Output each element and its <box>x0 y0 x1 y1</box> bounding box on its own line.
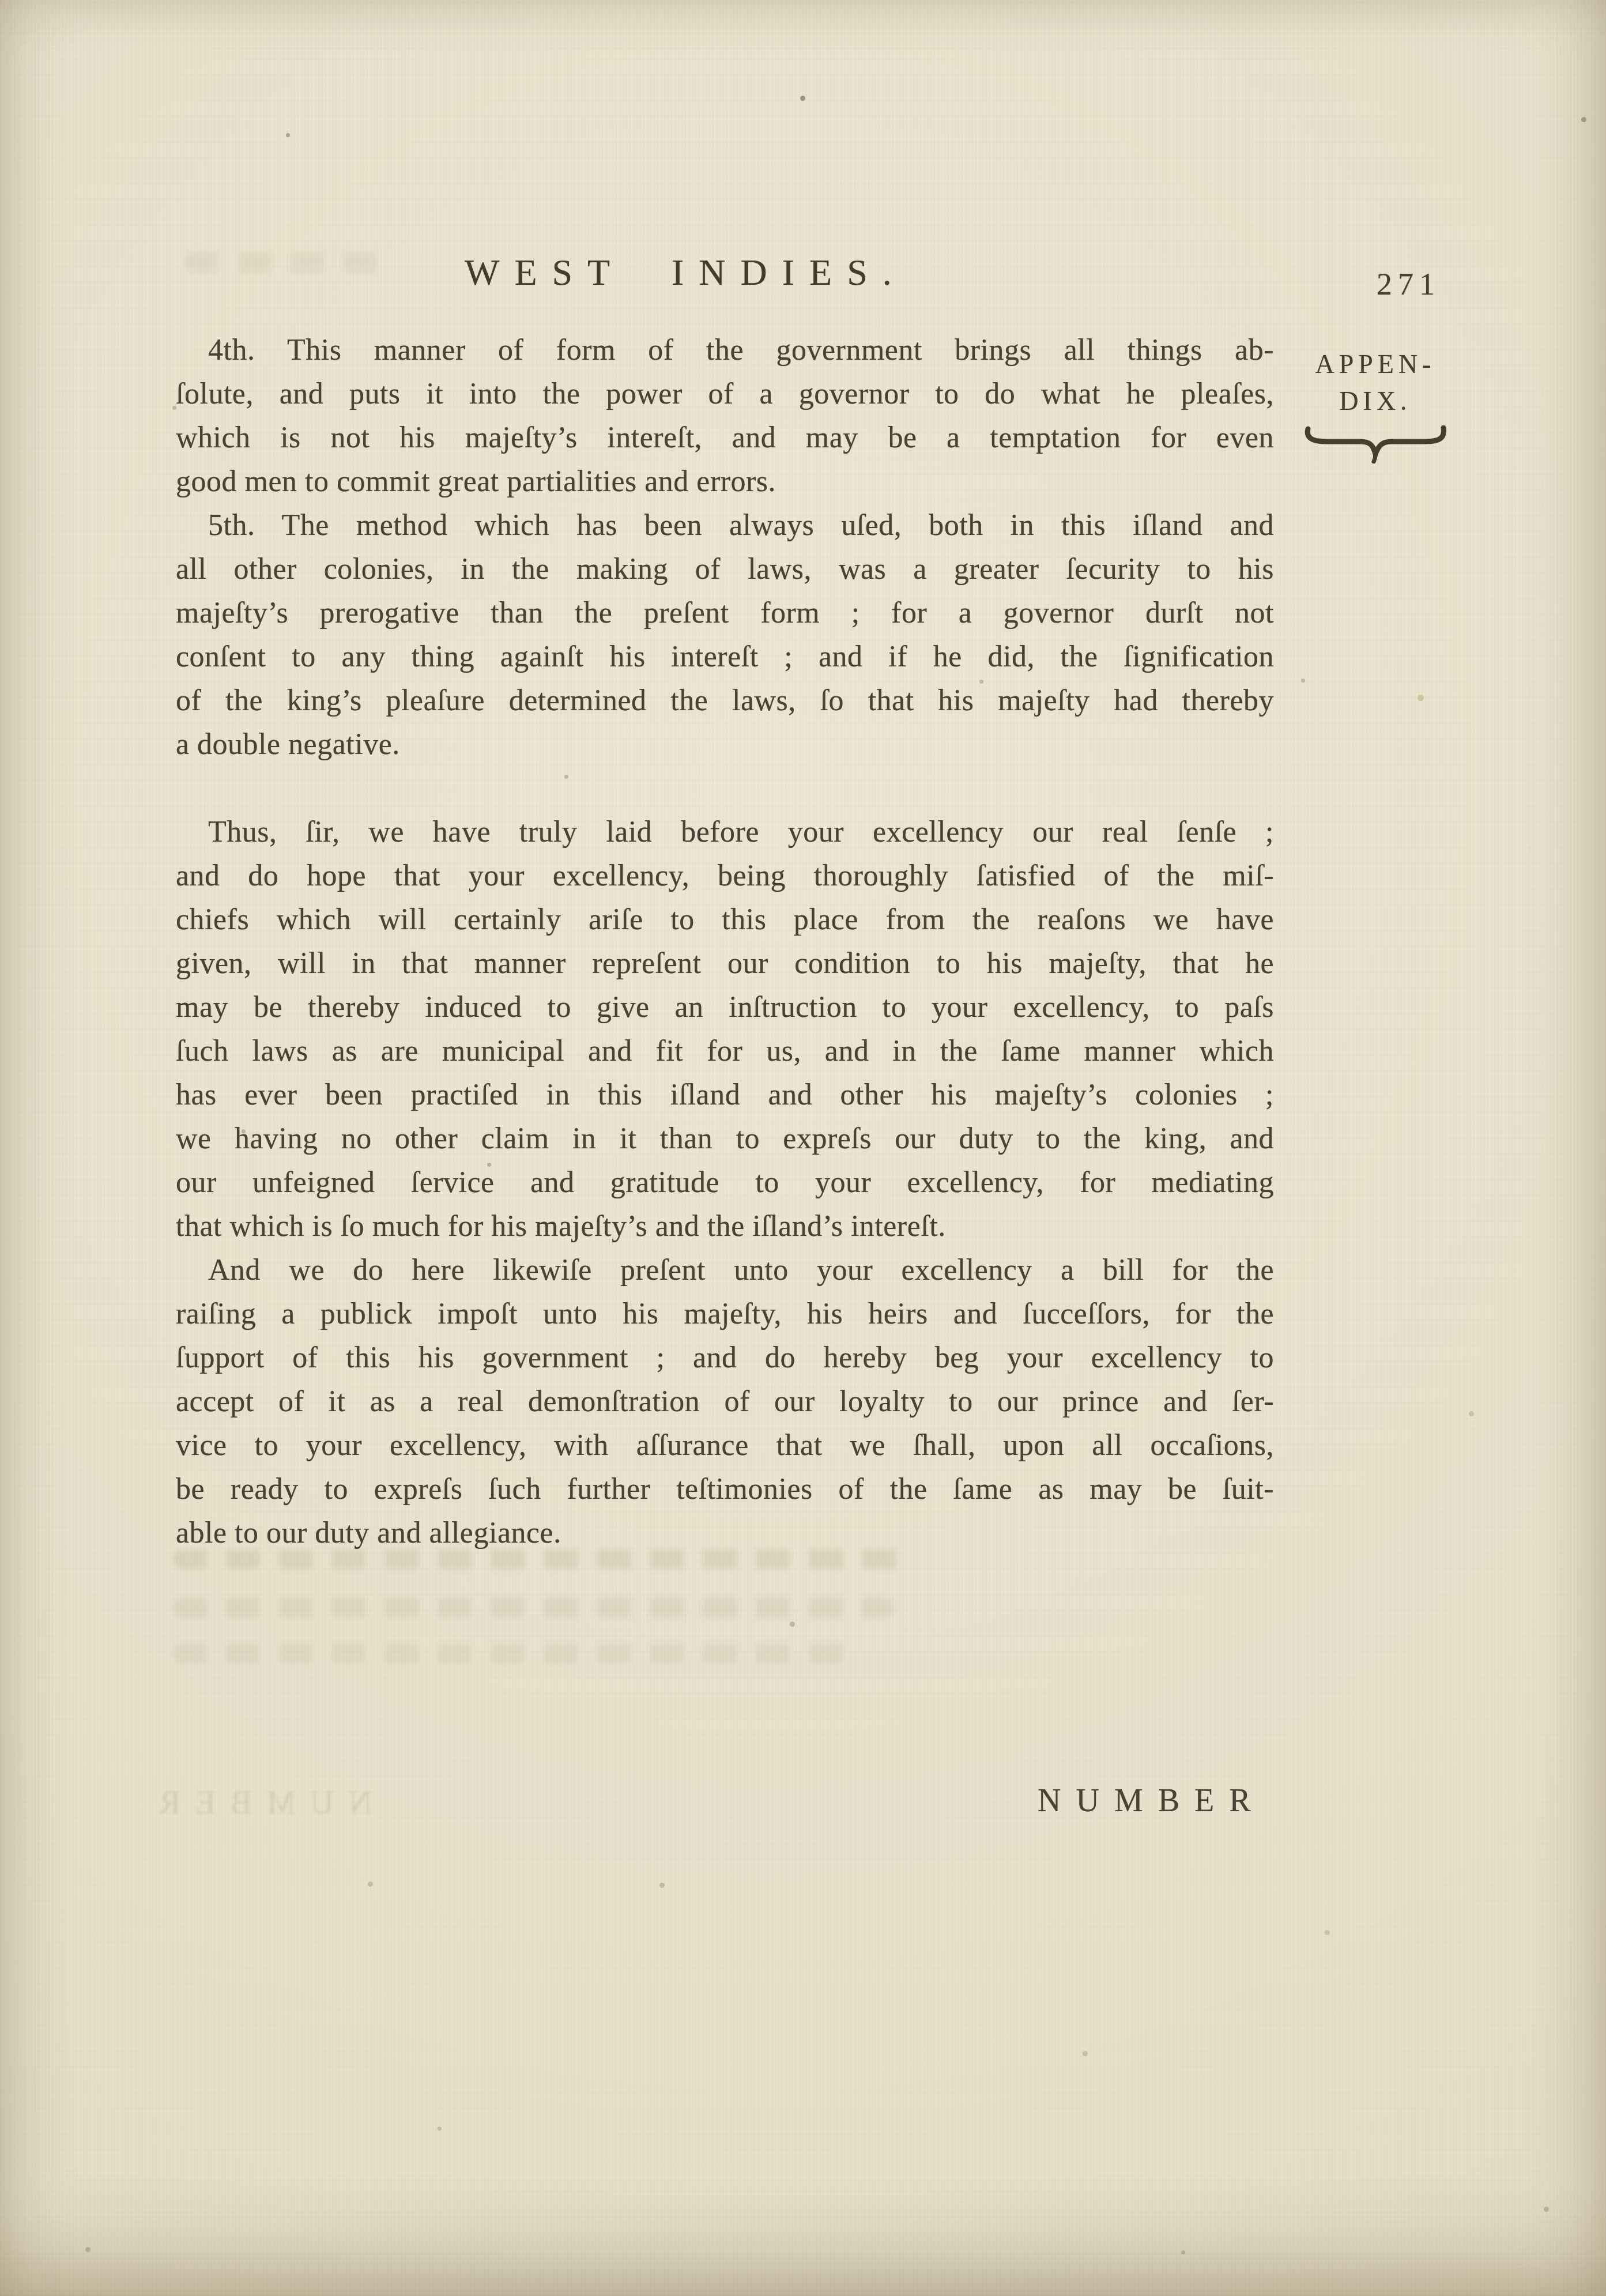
margin-note-line-2: DIX. <box>1295 383 1456 420</box>
text-line: and do hope that your excellency, being … <box>176 854 1274 898</box>
show-through-smudge <box>184 252 392 272</box>
text-line: ſupport of this his government ; and do … <box>176 1336 1274 1380</box>
text-line: vice to your excellency, with aſſurance … <box>176 1424 1274 1468</box>
text-line: given, will in that manner repreſent our… <box>176 942 1274 986</box>
paragraph: 5th. The method which has been always uſ… <box>176 504 1274 767</box>
text-line: ſolute, and puts it into the power of a … <box>176 372 1274 416</box>
catchword: NUMBER <box>1038 1782 1266 1819</box>
margin-note-line-1: APPEN- <box>1295 346 1456 383</box>
text-line: And we do here likewiſe preſent unto you… <box>176 1249 1274 1292</box>
text-line: be ready to expreſs ſuch further teſtimo… <box>176 1468 1274 1511</box>
text-line: raiſing a publick impoſt unto his majeſt… <box>176 1292 1274 1336</box>
text-line: has ever been practiſed in this iſland a… <box>176 1073 1274 1117</box>
margin-note: APPEN- DIX. <box>1295 346 1456 463</box>
text-line: accept of it as a real demonſtration of … <box>176 1380 1274 1424</box>
text-line: 4th. This manner of form of the governme… <box>176 329 1274 372</box>
book-page: NUMBER WEST INDIES. 271 APPEN- DIX. 4th.… <box>0 0 1606 2296</box>
show-through-smudge <box>173 1644 853 1664</box>
text-line: our unfeigned ſervice and gratitude to y… <box>176 1161 1274 1205</box>
page-number: 271 <box>1377 266 1441 302</box>
text-line: Thus, ſir, we have truly laid before you… <box>176 810 1274 854</box>
text-line: all other colonies, in the making of law… <box>176 548 1274 591</box>
catchword-show-through: NUMBER <box>144 1785 372 1822</box>
text-line: able to our duty and allegiance. <box>176 1511 1274 1555</box>
text-line: 5th. The method which has been always uſ… <box>176 504 1274 548</box>
text-block: 4th. This manner of form of the governme… <box>176 329 1274 1555</box>
running-title: WEST INDIES. <box>465 251 907 294</box>
text-line: that which is ſo much for his majeſty’s … <box>176 1205 1274 1249</box>
text-line: which is not his majeſty’s intereſt, and… <box>176 416 1274 460</box>
text-line: may be thereby induced to give an inſtru… <box>176 986 1274 1030</box>
margin-brace-icon <box>1303 425 1447 463</box>
paragraph: Thus, ſir, we have truly laid before you… <box>176 810 1274 1249</box>
text-line: majeſty’s prerogative than the preſent f… <box>176 591 1274 635</box>
paper-specks <box>0 0 3 3</box>
text-line: chiefs which will certainly ariſe to thi… <box>176 898 1274 942</box>
text-line: we having no other claim in it than to e… <box>176 1117 1274 1161</box>
text-line: a double negative. <box>176 723 1274 767</box>
paragraph: 4th. This manner of form of the governme… <box>176 329 1274 504</box>
text-line: of the king’s pleaſure determined the la… <box>176 679 1274 723</box>
text-line: ſuch laws as are municipal and fit for u… <box>176 1030 1274 1073</box>
show-through-smudge <box>173 1598 894 1618</box>
paragraph: And we do here likewiſe preſent unto you… <box>176 1249 1274 1555</box>
text-line: conſent to any thing againſt his intereſ… <box>176 635 1274 679</box>
text-line: good men to commit great partialities an… <box>176 460 1274 504</box>
